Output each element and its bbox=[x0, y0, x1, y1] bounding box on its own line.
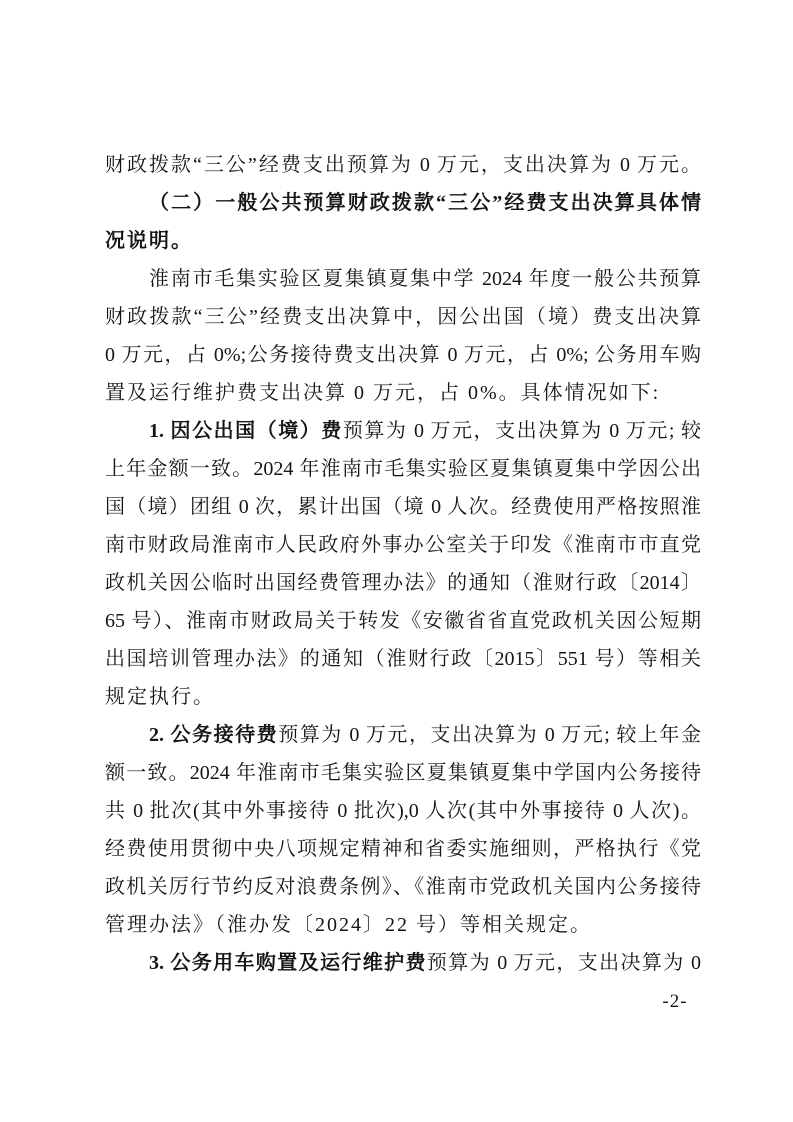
text-line: 额一致。2024 年淮南市毛集实验区夏集镇夏集中学国内公务接待 bbox=[105, 754, 701, 792]
text-segment: 额一致。2024 年淮南市毛集实验区夏集镇夏集中学国内公务接待 bbox=[105, 762, 701, 784]
text-segment: 南市财政局淮南市人民政府外事办公室关于印发《淮南市市直党 bbox=[105, 534, 701, 556]
document-page: 财政拨款“三公”经费支出预算为 0 万元，支出决算为 0 万元。（二）一般公共预… bbox=[0, 0, 793, 1122]
text-line: 管理办法》（淮办发〔2024〕22 号）等相关规定。 bbox=[105, 906, 701, 944]
text-line: 政机关因公临时出国经费管理办法》的通知（淮财行政〔2014〕 bbox=[105, 564, 701, 602]
text-line: 财政拨款“三公”经费支出预算为 0 万元，支出决算为 0 万元。 bbox=[105, 146, 701, 184]
text-line: 淮南市毛集实验区夏集镇夏集中学 2024 年度一般公共预算 bbox=[105, 260, 701, 298]
text-segment-bold: 2. 公务接待费 bbox=[149, 724, 278, 746]
text-segment: 65 号）、淮南市财政局关于转发《安徽省省直党政机关因公短期 bbox=[105, 610, 701, 632]
text-segment: 上年金额一致。2024 年淮南市毛集实验区夏集镇夏集中学因公出 bbox=[105, 458, 701, 480]
text-segment-bold: 况说明。 bbox=[105, 230, 193, 252]
text-line: 规定执行。 bbox=[105, 678, 701, 716]
page-number: -2- bbox=[650, 991, 700, 1013]
text-line: 国（境）团组 0 次，累计出国（境 0 人次。经费使用严格按照淮 bbox=[105, 488, 701, 526]
text-segment-bold: 3. 公务用车购置及运行维护费 bbox=[149, 952, 427, 974]
text-line: 政机关厉行节约反对浪费条例》、《淮南市党政机关国内公务接待 bbox=[105, 868, 701, 906]
text-segment: 政机关厉行节约反对浪费条例》、《淮南市党政机关国内公务接待 bbox=[105, 876, 701, 898]
text-line: 出国培训管理办法》的通知（淮财行政〔2015〕551 号）等相关 bbox=[105, 640, 701, 678]
text-line: 2. 公务接待费预算为 0 万元，支出决算为 0 万元; 较上年金 bbox=[105, 716, 701, 754]
text-line: 况说明。 bbox=[105, 222, 701, 260]
text-segment: 经费使用贯彻中央八项规定精神和省委实施细则，严格执行《党 bbox=[105, 838, 701, 860]
text-segment: 管理办法》（淮办发〔2024〕22 号）等相关规定。 bbox=[105, 914, 592, 936]
document-body: 财政拨款“三公”经费支出预算为 0 万元，支出决算为 0 万元。（二）一般公共预… bbox=[105, 146, 701, 982]
text-line: 0 万元，占 0%;公务接待费支出决算 0 万元，占 0%; 公务用车购 bbox=[105, 336, 701, 374]
text-segment: 淮南市毛集实验区夏集镇夏集中学 2024 年度一般公共预算 bbox=[149, 268, 701, 290]
text-line: 上年金额一致。2024 年淮南市毛集实验区夏集镇夏集中学因公出 bbox=[105, 450, 701, 488]
text-segment: 共 0 批次(其中外事接待 0 批次),0 人次(其中外事接待 0 人次)。 bbox=[105, 800, 701, 822]
text-segment-bold: 1. 因公出国（境）费 bbox=[149, 420, 343, 442]
text-segment: 预算为 0 万元，支出决算为 0 万元; 较上年金 bbox=[278, 724, 701, 746]
text-line: 65 号）、淮南市财政局关于转发《安徽省省直党政机关因公短期 bbox=[105, 602, 701, 640]
text-segment: 置及运行维护费支出决算 0 万元，占 0%。具体情况如下: bbox=[105, 382, 660, 404]
text-segment: 政机关因公临时出国经费管理办法》的通知（淮财行政〔2014〕 bbox=[105, 572, 701, 594]
text-line: 南市财政局淮南市人民政府外事办公室关于印发《淮南市市直党 bbox=[105, 526, 701, 564]
text-line: （二）一般公共预算财政拨款“三公”经费支出决算具体情 bbox=[105, 184, 701, 222]
text-line: 1. 因公出国（境）费预算为 0 万元，支出决算为 0 万元; 较 bbox=[105, 412, 701, 450]
text-line: 3. 公务用车购置及运行维护费预算为 0 万元，支出决算为 0 bbox=[105, 944, 701, 982]
text-segment: 国（境）团组 0 次，累计出国（境 0 人次。经费使用严格按照淮 bbox=[105, 496, 701, 518]
text-segment: 0 万元，占 0%;公务接待费支出决算 0 万元，占 0%; 公务用车购 bbox=[105, 344, 701, 366]
text-segment-bold: （二）一般公共预算财政拨款“三公”经费支出决算具体情 bbox=[149, 192, 701, 214]
text-segment: 财政拨款“三公”经费支出决算中，因公出国（境）费支出决算 bbox=[105, 306, 701, 328]
text-segment: 财政拨款“三公”经费支出预算为 0 万元，支出决算为 0 万元。 bbox=[105, 154, 701, 176]
text-segment: 出国培训管理办法》的通知（淮财行政〔2015〕551 号）等相关 bbox=[105, 648, 701, 670]
text-segment: 预算为 0 万元，支出决算为 0 万元; 较 bbox=[343, 420, 701, 442]
text-line: 财政拨款“三公”经费支出决算中，因公出国（境）费支出决算 bbox=[105, 298, 701, 336]
text-line: 置及运行维护费支出决算 0 万元，占 0%。具体情况如下: bbox=[105, 374, 701, 412]
text-segment: 预算为 0 万元，支出决算为 0 bbox=[427, 952, 701, 974]
text-line: 经费使用贯彻中央八项规定精神和省委实施细则，严格执行《党 bbox=[105, 830, 701, 868]
text-segment: 规定执行。 bbox=[105, 686, 215, 708]
text-line: 共 0 批次(其中外事接待 0 批次),0 人次(其中外事接待 0 人次)。 bbox=[105, 792, 701, 830]
